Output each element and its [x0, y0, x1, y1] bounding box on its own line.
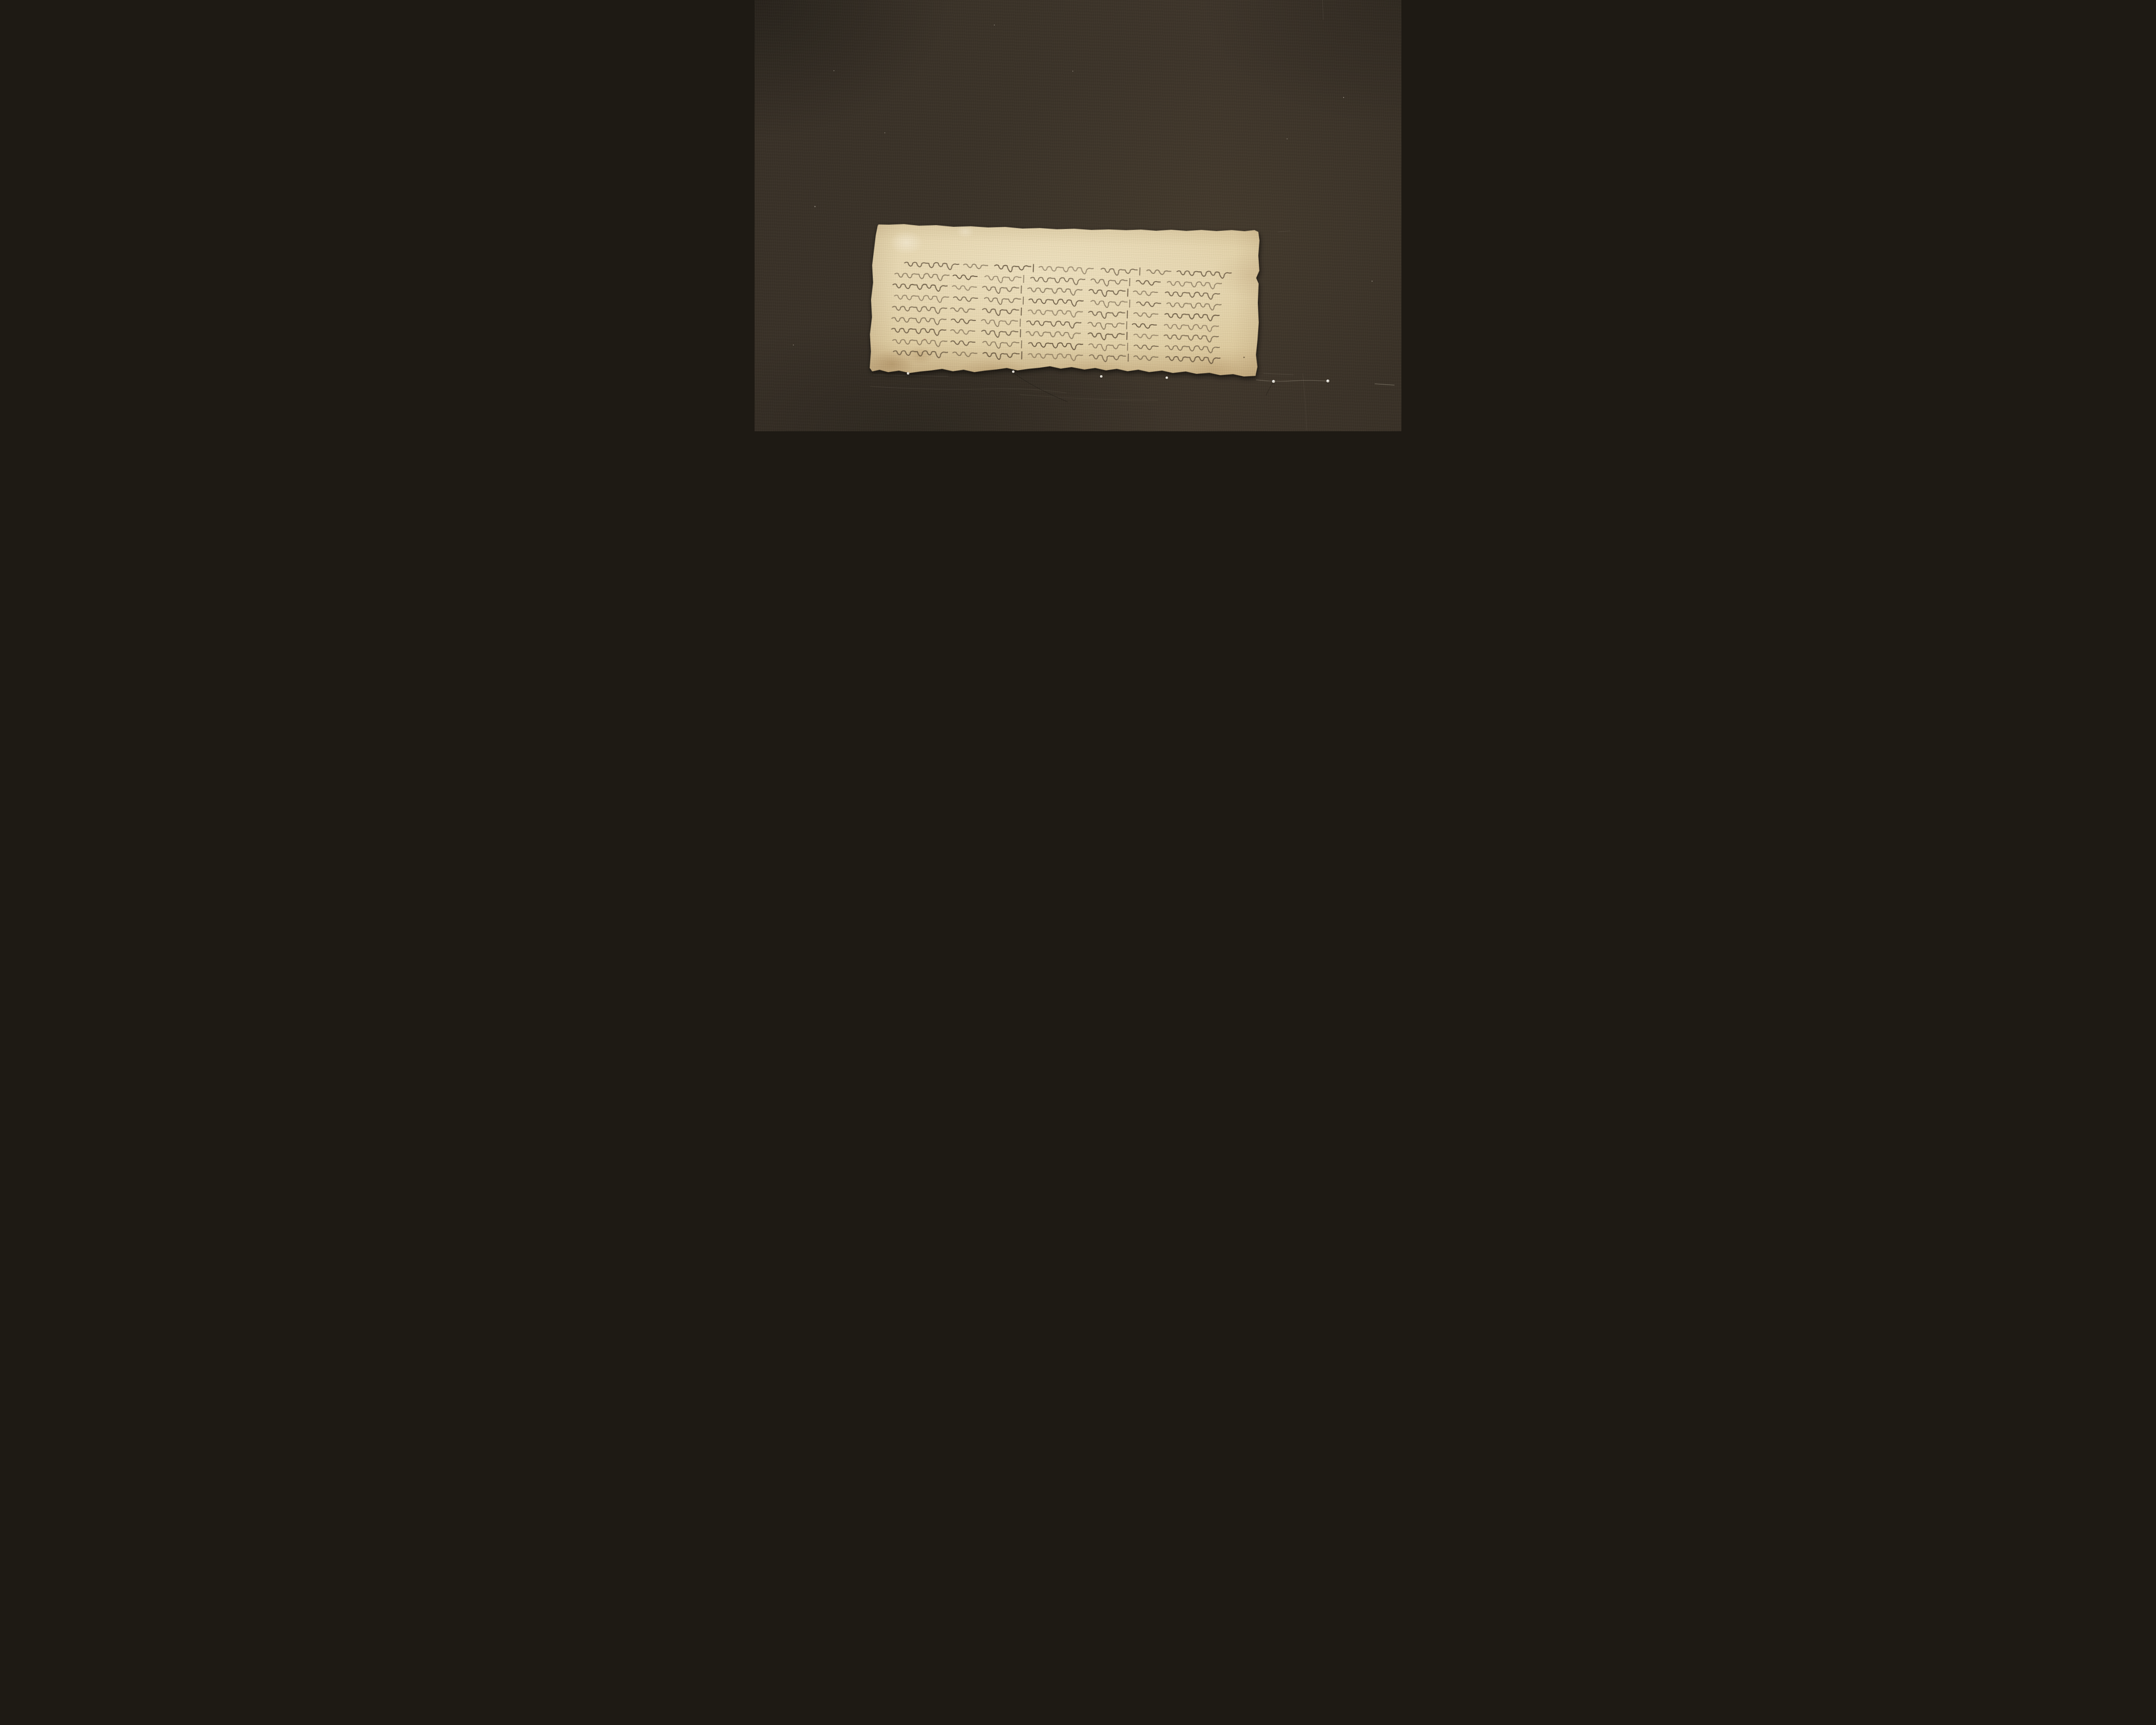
light-scratch	[1375, 384, 1395, 385]
push-pin-5	[1272, 380, 1275, 383]
manuscript-page	[869, 222, 1263, 382]
push-pin-2	[1012, 370, 1015, 373]
board-crease	[1303, 373, 1307, 430]
push-pin-3	[1100, 375, 1103, 378]
push-pin-1	[907, 372, 909, 375]
push-pin-4	[1166, 376, 1168, 379]
light-scratch	[1256, 380, 1329, 381]
photo-backdrop	[755, 0, 1401, 431]
light-scratch	[870, 386, 1066, 393]
dark-hair-line	[1266, 383, 1273, 395]
light-scratch	[1278, 231, 1291, 232]
push-pin-6	[1326, 379, 1329, 383]
red-fleck	[924, 339, 925, 340]
paper-sheet	[869, 222, 1263, 382]
light-scratch	[1020, 395, 1158, 400]
ink-fleck	[1244, 357, 1245, 358]
board-crease	[1322, 0, 1323, 20]
light-scratch	[1263, 373, 1294, 375]
